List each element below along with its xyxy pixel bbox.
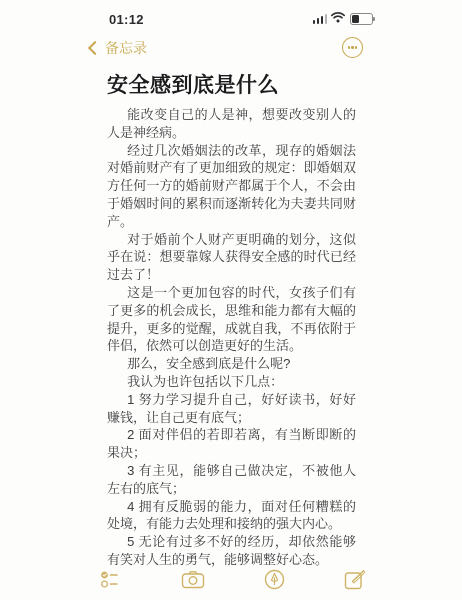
checklist-icon	[100, 570, 122, 589]
note-paragraph[interactable]: 我认为也许包括以下几点：	[107, 373, 356, 391]
battery-icon	[350, 13, 373, 26]
nav-bar: 备忘录	[85, 34, 381, 61]
ellipsis-circle-icon	[348, 46, 350, 48]
compose-button[interactable]	[344, 569, 367, 590]
more-options-button[interactable]	[342, 37, 363, 58]
note-title[interactable]: 安全感到底是什么	[107, 69, 356, 99]
note-paragraph[interactable]: 1 努力学习提升自己，好好读书，好好赚钱，让自己更有底气；	[107, 391, 356, 427]
note-paragraph[interactable]: 能改变自己的人是神，想要改变别人的人是神经病。	[107, 106, 356, 142]
note-paragraph[interactable]: 这是一个更加包容的时代，女孩子们有了更多的机会成长，思维和能力都有大幅的提升，更…	[107, 284, 356, 355]
back-button-label: 备忘录	[105, 38, 147, 58]
chevron-left-icon	[88, 41, 102, 55]
markup-button[interactable]	[264, 569, 285, 590]
compose-icon	[344, 569, 367, 590]
camera-button[interactable]	[181, 570, 205, 589]
note-paragraph[interactable]: 3 有主见，能够自己做决定，不被他人左右的底气；	[107, 462, 356, 498]
markup-icon	[264, 569, 285, 590]
back-button[interactable]: 备忘录	[90, 38, 147, 58]
status-bar: 01:12	[85, 0, 381, 34]
note-paragraph[interactable]: 对于婚前个人财产更明确的划分，这似乎在说：想要靠嫁人获得安全感的时代已经过去了！	[107, 231, 356, 284]
notes-toolbar	[85, 563, 381, 595]
camera-icon	[181, 570, 205, 589]
notes-app-screen: 01:12 备忘录 安全感到底	[85, 0, 381, 600]
note-editor[interactable]: 安全感到底是什么 能改变自己的人是神，想要改变别人的人是神经病。 经过几次婚姻法…	[85, 61, 381, 569]
checklist-button[interactable]	[100, 570, 122, 589]
wifi-icon	[331, 10, 345, 28]
clock-time: 01:12	[109, 12, 144, 27]
note-paragraph[interactable]: 2 面对伴侣的若即若离，有当断即断的果决；	[107, 426, 356, 462]
note-paragraph[interactable]: 那么，安全感到底是什么呢?	[107, 355, 356, 373]
note-paragraph[interactable]: 4 拥有反脆弱的能力，面对任何糟糕的处境，有能力去处理和接纳的强大内心。	[107, 498, 356, 534]
note-paragraph[interactable]: 经过几次婚姻法的改革，现存的婚姻法对婚前财产有了更加细致的规定：即婚姻双方任何一…	[107, 142, 356, 231]
cellular-signal-icon	[313, 14, 328, 24]
status-icons	[313, 10, 374, 28]
